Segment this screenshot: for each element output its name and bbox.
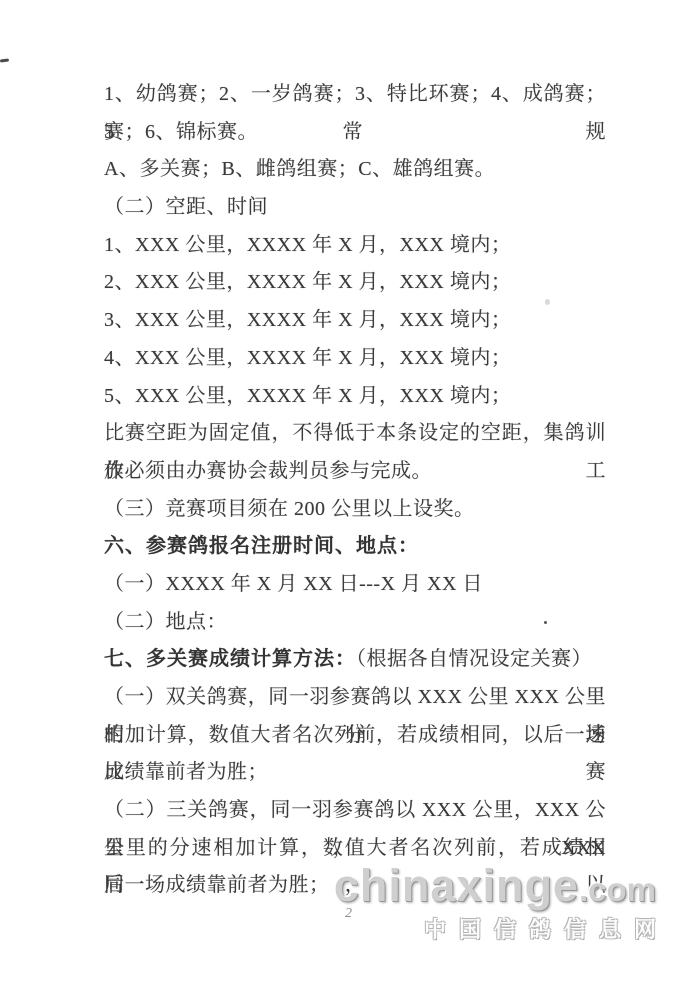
doc-line: （二）三关鸽赛，同一羽参赛鸽以 XXX 公里，XXX 公里，XXX — [104, 792, 606, 830]
doc-line: 六、参赛鸽报名注册时间、地点： — [104, 528, 606, 566]
doc-line: （三）竞赛项目须在 200 公里以上设奖。 — [104, 491, 606, 529]
doc-line: 5、XXX 公里，XXXX 年 X 月，XXX 境内； — [104, 378, 606, 416]
page-number: 2 — [345, 906, 352, 922]
doc-line: （一）双关鸽赛，同一羽参赛鸽以 XXX 公里 XXX 公里的分速 — [104, 679, 606, 717]
scan-artifact-dash — [0, 58, 9, 62]
doc-line: 4、XXX 公里，XXXX 年 X 月，XXX 境内； — [104, 340, 606, 378]
scanned-document-page: 1、幼鸽赛；2、一岁鸽赛；3、特比环赛；4、成鸽赛；5 常规赛；6、锦标赛。A、… — [0, 0, 700, 997]
document-lines: 1、幼鸽赛；2、一岁鸽赛；3、特比环赛；4、成鸽赛；5 常规赛；6、锦标赛。A、… — [104, 76, 606, 905]
doc-line: 公里的分速相加计算，数值大者名次列前，若成绩相同，以 — [104, 830, 606, 868]
doc-line: （一）XXXX 年 X 月 XX 日---X 月 XX 日 — [104, 566, 606, 604]
doc-line: 比赛空距为固定值，不得低于本条设定的空距，集鸽训放工 — [104, 415, 606, 453]
doc-line: 七、多关赛成绩计算方法：（根据各自情况设定关赛） — [104, 641, 606, 679]
doc-line: 3、XXX 公里，XXXX 年 X 月，XXX 境内； — [104, 302, 606, 340]
doc-line: （二）空距、时间 — [104, 189, 606, 227]
watermark-caption: 中国信鸽信息网 — [0, 917, 669, 943]
doc-line: 1、XXX 公里，XXXX 年 X 月，XXX 境内； — [104, 227, 606, 265]
doc-line: 相加计算，数值大者名次列前，若成绩相同，以后一场比赛 — [104, 717, 606, 755]
doc-line-heading: 七、多关赛成绩计算方法： — [104, 648, 356, 670]
doc-line: （二）地点： — [104, 604, 606, 642]
doc-line: 2、XXX 公里，XXXX 年 X 月，XXX 境内； — [104, 264, 606, 302]
doc-line: 1、幼鸽赛；2、一岁鸽赛；3、特比环赛；4、成鸽赛；5 常规 — [104, 76, 606, 114]
doc-line: A、多关赛；B、雌鸽组赛；C、雄鸽组赛。 — [104, 151, 606, 189]
